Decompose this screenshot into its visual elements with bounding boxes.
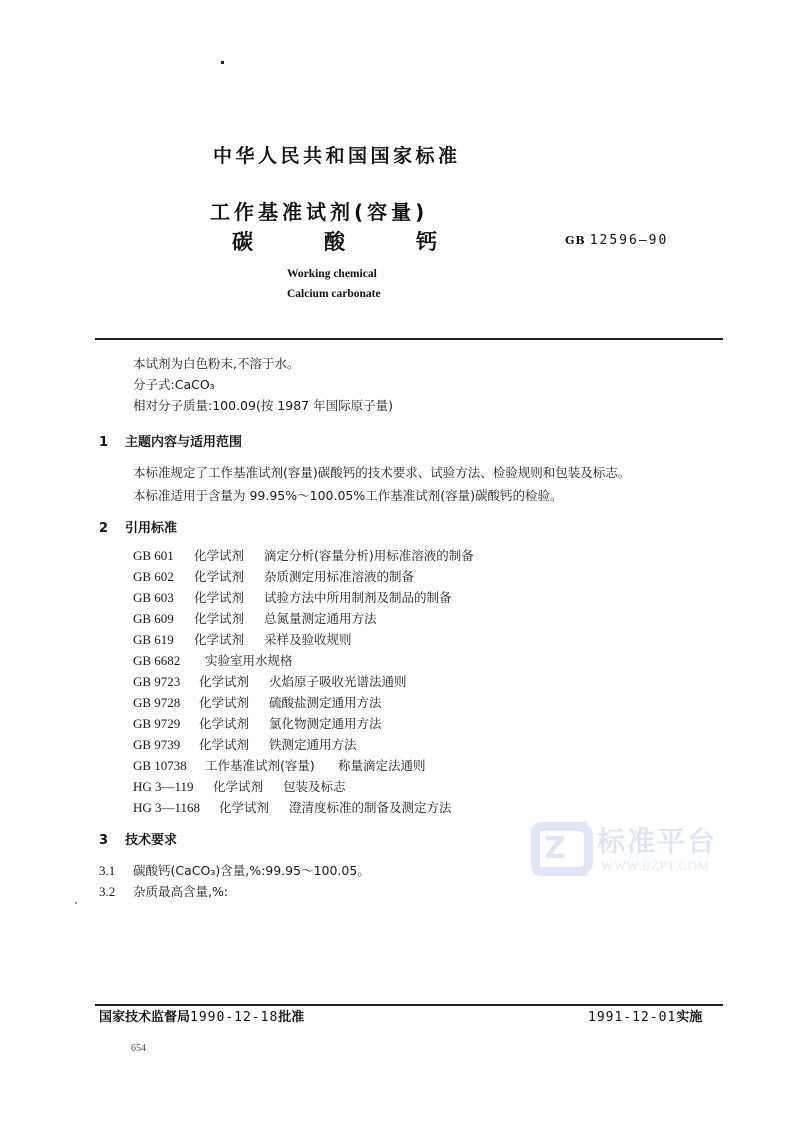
reference-code: GB 603	[133, 590, 194, 606]
scan-speck	[75, 902, 77, 904]
watermark-logo-b-icon	[565, 822, 593, 876]
section-1-paragraph-1: 本标准规定了工作基准试剂(容量)碳酸钙的技术要求、试验方法、检验规则和包装及标志…	[133, 463, 630, 481]
reference-code: GB 9739	[133, 737, 199, 753]
reference-title: 试验方法中所用制剂及制品的制备	[264, 590, 452, 605]
reference-title: 滴定分析(容量分析)用标准溶液的制备	[264, 548, 474, 563]
section-number: 2	[99, 521, 125, 536]
reference-title: 硫酸盐测定通用方法	[269, 695, 382, 710]
reference-code: GB 9728	[133, 695, 199, 711]
approval-date: 1990-12-18	[190, 1010, 278, 1025]
reference-title: 铁测定通用方法	[269, 737, 357, 752]
requirement-text: 杂质最高含量,%:	[133, 884, 228, 899]
reference-code: HG 3—1168	[133, 800, 219, 816]
intro-formula: 分子式:CaCO₃	[133, 375, 215, 393]
reference-category: 化学试剂	[194, 609, 264, 627]
reference-code: GB 619	[133, 632, 194, 648]
reference-title: 杂质测定用标准溶液的制备	[264, 569, 414, 584]
intro-description: 本试剂为白色粉末,不溶于水。	[133, 354, 299, 372]
reference-row: GB 609化学试剂总氮量测定通用方法	[133, 609, 377, 627]
reference-title: 澄清度标准的制备及测定方法	[289, 800, 452, 815]
reference-row: GB 9723化学试剂火焰原子吸收光谱法通则	[133, 672, 407, 690]
section-title: 主题内容与适用范围	[125, 435, 242, 450]
reference-row: HG 3—119化学试剂包装及标志	[133, 777, 346, 795]
reference-category: 化学试剂	[194, 588, 264, 606]
section-2-heading: 2引用标准	[99, 517, 177, 536]
reference-row: GB 603化学试剂试验方法中所用制剂及制品的制备	[133, 588, 452, 606]
reference-category: 工作基准试剂(容量)	[205, 756, 338, 774]
watermark-text: 标准平台	[597, 820, 717, 860]
reference-row: GB 9739化学试剂铁测定通用方法	[133, 735, 357, 753]
reference-title: 火焰原子吸收光谱法通则	[269, 674, 407, 689]
approval-suffix: 批准	[278, 1010, 304, 1025]
reference-category: 化学试剂	[199, 672, 269, 690]
reference-code: GB 609	[133, 611, 194, 627]
english-title-line1: Working chemical	[287, 268, 377, 280]
title-char-2: 酸	[324, 226, 416, 256]
reference-code: GB 602	[133, 569, 194, 585]
scan-speck	[221, 61, 224, 64]
section-number: 1	[99, 435, 125, 450]
effective-date: 1991-12-01	[588, 1010, 676, 1025]
reference-title: 包装及标志	[283, 779, 346, 794]
reference-row: GB 10738工作基准试剂(容量)称量滴定法通则	[133, 756, 426, 774]
requirement-item: 3.1碳酸钙(CaCO₃)含量,%:99.95～100.05。	[99, 861, 370, 879]
requirement-text: 碳酸钙(CaCO₃)含量,%:99.95～100.05。	[133, 863, 370, 878]
page-number: 654	[131, 1043, 146, 1054]
reference-row: GB 9728化学试剂硫酸盐测定通用方法	[133, 693, 382, 711]
reference-title: 称量滴定法通则	[338, 758, 426, 773]
section-1-heading: 1主题内容与适用范围	[99, 431, 242, 450]
reference-title: 氯化物测定通用方法	[269, 716, 382, 731]
reference-category: 化学试剂	[199, 735, 269, 753]
reference-code: GB 601	[133, 548, 194, 564]
title-char-3: 钙	[416, 226, 437, 256]
standard-code: GB12596—90	[565, 233, 668, 248]
effective-suffix: 实施	[676, 1010, 702, 1025]
reference-row: GB 601化学试剂滴定分析(容量分析)用标准溶液的制备	[133, 546, 474, 564]
section-number: 3	[99, 833, 125, 848]
section-title: 引用标准	[125, 521, 177, 536]
reference-title: 实验室用水规格	[205, 653, 293, 668]
reference-code: GB 9729	[133, 716, 199, 732]
section-3-heading: 3技术要求	[99, 829, 177, 848]
reference-row: HG 3—1168化学试剂澄清度标准的制备及测定方法	[133, 798, 452, 816]
reference-category: 化学试剂	[199, 714, 269, 732]
standard-code-number: 12596—90	[590, 233, 669, 248]
reference-title: 采样及验收规则	[264, 632, 352, 647]
standard-code-prefix: GB	[565, 234, 586, 247]
requirement-number: 3.2	[99, 884, 133, 900]
header-divider	[95, 338, 723, 340]
reference-row: GB 619化学试剂采样及验收规则	[133, 630, 352, 648]
reference-category: 化学试剂	[194, 546, 264, 564]
reference-category: 化学试剂	[219, 798, 289, 816]
english-title-line2: Calcium carbonate	[287, 288, 381, 300]
reference-category: 化学试剂	[194, 567, 264, 585]
reference-category: 化学试剂	[194, 630, 264, 648]
reference-code: GB 10738	[133, 758, 205, 774]
reference-category: 化学试剂	[199, 693, 269, 711]
document-title-line2: 碳酸钙	[232, 226, 437, 256]
intro-molecular-mass: 相对分子质量:100.09(按 1987 年国际原子量)	[133, 396, 393, 414]
reference-row: GB 6682实验室用水规格	[133, 651, 293, 669]
section-title: 技术要求	[125, 833, 177, 848]
reference-row: GB 9729化学试剂氯化物测定通用方法	[133, 714, 382, 732]
reference-title: 总氮量测定通用方法	[264, 611, 377, 626]
effective-line: 1991-12-01实施	[588, 1006, 702, 1025]
watermark-logo-letter: Z	[544, 832, 566, 866]
requirement-number: 3.1	[99, 863, 133, 879]
approval-line: 国家技术监督局1990-12-18批准	[99, 1006, 304, 1025]
reference-code: HG 3—119	[133, 779, 213, 795]
reference-code: GB 6682	[133, 653, 205, 669]
approval-org: 国家技术监督局	[99, 1010, 190, 1025]
reference-row: GB 602化学试剂杂质测定用标准溶液的制备	[133, 567, 414, 585]
watermark-url: WWW.BZPT.COM	[601, 858, 710, 874]
reference-code: GB 9723	[133, 674, 199, 690]
document-title-line1: 工作基准试剂(容量)	[210, 196, 428, 225]
national-standard-heading: 中华人民共和国国家标准	[213, 141, 461, 168]
section-1-paragraph-2: 本标准适用于含量为 99.95%～100.05%工作基准试剂(容量)碳酸钙的检验…	[133, 486, 563, 504]
bzpt-watermark: Z 标准平台 WWW.BZPT.COM	[531, 822, 731, 880]
title-char-1: 碳	[232, 226, 324, 256]
requirement-item: 3.2杂质最高含量,%:	[99, 882, 228, 900]
reference-category: 化学试剂	[213, 777, 283, 795]
